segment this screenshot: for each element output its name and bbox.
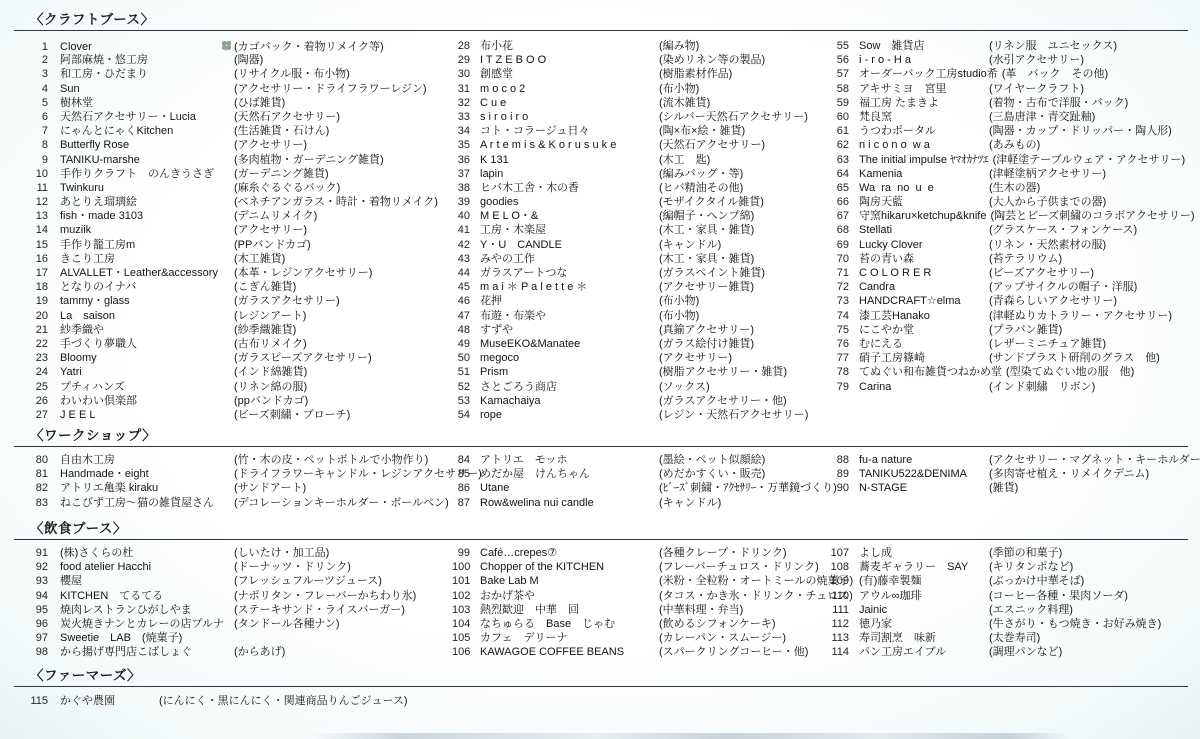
booth-row: 104なちゅらる Base じゃむ(飲めるシフォンケーキ) <box>452 617 853 631</box>
booth-row: 102おかげ茶や(タコス・かき氷・ドリンク・チュロス) <box>452 589 853 603</box>
booth-name: 梵良窯 <box>859 110 989 124</box>
booth-description: (墨絵・ペット似顔絵) <box>659 453 765 467</box>
booth-number: 114 <box>829 645 849 659</box>
booth-column: 80自由木工房(竹・木の皮・ペットボトルで小物作り)81Handmade・eig… <box>28 453 482 510</box>
booth-row: 47布遊・布楽や(布小物) <box>452 309 808 323</box>
booth-row: 81Handmade・eight(ドライフラワーキャンドル・レジンアクセサリー) <box>28 467 482 481</box>
section-title-craft: 〈クラフトブース〉 <box>30 8 155 28</box>
booth-name: Twinkuru <box>60 181 234 195</box>
booth-row: 12あとりえ瑠璃絵(ベネチアンガラス・時計・着物リメイク) <box>28 195 438 209</box>
booth-name: うつわポータル <box>859 124 989 138</box>
booth-row: 105カフェ デリーナ(カレーパン・スムージー) <box>452 631 853 645</box>
booth-number: 97 <box>28 631 48 645</box>
booth-number: 112 <box>829 617 849 631</box>
booth-number: 10 <box>28 167 48 181</box>
booth-name: Stellati <box>859 223 989 237</box>
booth-description: (編み物) <box>659 39 699 53</box>
booth-number: 17 <box>28 266 48 280</box>
booth-name: KAWAGOE COFFEE BEANS <box>480 645 659 659</box>
booth-description: (めだかすくい・販売) <box>659 467 765 481</box>
booth-name: オーダーバック工房studio希 <box>859 67 1002 81</box>
booth-row: 110アウル∞珈琲(コーヒー各種・果肉ソーダ) <box>829 589 1161 603</box>
booth-number: 55 <box>829 39 849 53</box>
booth-name: Kamenia <box>859 167 989 181</box>
booth-row: 33s i r o i r o(シルバー天然石アクセサリー) <box>452 110 808 124</box>
booth-number: 37 <box>452 167 470 181</box>
booth-row: 114パン工房エイブル(調理パンなど) <box>829 645 1161 659</box>
booth-number: 7 <box>28 124 48 138</box>
booth-row: 13fish・made 3103(デニムリメイク) <box>28 209 438 223</box>
booth-name: J E E L <box>60 408 234 422</box>
booth-number: 89 <box>829 467 849 481</box>
booth-number: 85 <box>452 467 470 481</box>
booth-name: むにえる <box>859 337 989 351</box>
booth-name: 寿司割烹 味新 <box>859 631 989 645</box>
booth-row: 43みやの工作(木工・家具・雑貨) <box>452 252 808 266</box>
booth-number: 44 <box>452 266 470 280</box>
booth-number: 82 <box>28 481 48 495</box>
booth-number: 75 <box>829 323 849 337</box>
booth-name: The initial impulse ﾔﾏｵｶﾅﾂｴ <box>859 153 993 167</box>
booth-row: 82アトリエ亀楽 kiraku(サンドアート) <box>28 481 482 495</box>
booth-name: Prism <box>480 365 659 379</box>
booth-number: 66 <box>829 195 849 209</box>
booth-name: なちゅらる Base じゃむ <box>480 617 659 631</box>
booth-number: 100 <box>452 560 470 574</box>
booth-description: (木工・家具・雑貨) <box>659 223 754 237</box>
booth-number: 102 <box>452 589 470 603</box>
booth-description: (サンドブラスト研削のグラス 他) <box>989 351 1160 365</box>
booth-name: M E L O・& <box>480 209 659 223</box>
booth-name: から揚げ専門店こばしょぐ <box>60 645 234 659</box>
booth-description: (アクセサリー・ドライフラワーレジン) <box>234 82 427 96</box>
booth-description: (竹・木の皮・ペットボトルで小物作り) <box>234 453 428 467</box>
booth-name: ねこびず工房〜猫の雑貨屋さん <box>60 496 234 510</box>
booth-description: (布小物) <box>659 82 699 96</box>
booth-number: 101 <box>452 574 470 588</box>
booth-name: となりのイナバ <box>60 280 234 294</box>
booth-number: 106 <box>452 645 470 659</box>
booth-description: (コーヒー各種・果肉ソーダ) <box>989 589 1128 603</box>
booth-name: s i r o i r o <box>480 110 659 124</box>
booth-name: おかげ茶や <box>480 589 659 603</box>
booth-number: 64 <box>829 167 849 181</box>
booth-description: (レジン・天然石アクセサリー) <box>659 408 808 422</box>
booth-description: (プラバン雑貨) <box>989 323 1062 337</box>
booth-number: 70 <box>829 252 849 266</box>
booth-number: 6 <box>28 110 48 124</box>
booth-number: 35 <box>452 138 470 152</box>
booth-number: 79 <box>829 380 849 394</box>
booth-description: (アクセサリー雑貨) <box>659 280 754 294</box>
booth-row: 99Café…crepes⑦(各種クレープ・ドリンク) <box>452 546 853 560</box>
booth-description: (ガラスアクセサリー・他) <box>659 394 787 408</box>
booth-name: (株)さくらの杜 <box>60 546 234 560</box>
booth-name: Sow 雑貨店 <box>859 39 989 53</box>
booth-description: (アクセサリー・マグネット・キーホルダー) <box>989 453 1200 467</box>
booth-description: (古布リメイク) <box>234 337 307 351</box>
booth-number: 111 <box>829 603 849 617</box>
booth-description: (リネン・天然素材の服) <box>989 238 1106 252</box>
booth-number: 22 <box>28 337 48 351</box>
booth-description: (津軽塗柄アクセサリー) <box>989 167 1106 181</box>
booth-row: 60梵良窯(三島唐津・青交趾釉) <box>829 110 1195 124</box>
booth-name: Carina <box>859 380 989 394</box>
booth-row: 51Prism(樹脂アクセサリー・雑貨) <box>452 365 808 379</box>
booth-number: 104 <box>452 617 470 631</box>
booth-name: すずや <box>480 323 659 337</box>
booth-name: Butterfly Rose <box>60 138 234 152</box>
booth-description: (樹脂素材作品) <box>659 67 732 81</box>
booth-description: (水引アクセサリー) <box>989 53 1084 67</box>
booth-number: 18 <box>28 280 48 294</box>
booth-description: (ﾋﾞｰｽﾞ刺繍・ｱｸｾｻﾘｰ・万華鏡づくり) <box>659 481 837 495</box>
booth-description: (ビーズ刺繍・ブローチ) <box>234 408 350 422</box>
booth-number: 78 <box>829 365 849 379</box>
booth-description: (リサイクル服・布小物) <box>234 67 350 81</box>
booth-row: 59福工房 たまきよ(着物・古布で洋服・バック) <box>829 96 1195 110</box>
booth-row: 96炭火焼きナンとカレーの店プルナ(タンドール各種ナン) <box>28 617 416 631</box>
booth-row: 83ねこびず工房〜猫の雑貨屋さん(デコレーションキーホルダー・ボールペン) <box>28 496 482 510</box>
booth-name: TANIKU522&DENIMA <box>859 467 989 481</box>
booth-number: 43 <box>452 252 470 266</box>
booth-description: (津軽ぬりカトラリー・アクセサリー) <box>989 309 1172 323</box>
booth-description: (ぶっかけ中華そば) <box>989 574 1084 588</box>
booth-row: 48すずや(真鍮アクセサリー) <box>452 323 808 337</box>
booth-number: 65 <box>829 181 849 195</box>
booth-name: Jainic <box>859 603 989 617</box>
booth-name: HANDCRAFT☆elma <box>859 294 989 308</box>
booth-name: アウル∞珈琲 <box>859 589 989 603</box>
booth-number: 48 <box>452 323 470 337</box>
booth-number: 87 <box>452 496 470 510</box>
booth-description: (スパークリングコーヒー・他) <box>659 645 808 659</box>
booth-row: 31m o c o 2(布小物) <box>452 82 808 96</box>
booth-row: 97Sweetie LAB (焼菓子) <box>28 631 416 645</box>
booth-name: Handmade・eight <box>60 467 234 481</box>
booth-number: 59 <box>829 96 849 110</box>
booth-description: (陶器・カップ・ドリッパー・陶人形) <box>989 124 1172 138</box>
booth-name: めだか屋 けんちゃん <box>480 467 659 481</box>
vendor-list-page: 〈クラフトブース〉 1Clover(カゴバック・着物リメイク等)2阿部麻焼・悠工… <box>0 0 1200 739</box>
booth-name: Café…crepes⑦ <box>480 546 659 560</box>
booth-description: (雑貨) <box>989 481 1018 495</box>
booth-number: 38 <box>452 181 470 195</box>
booth-name: 布小花 <box>480 39 659 53</box>
booth-name: KITCHEN てるてる <box>60 589 234 603</box>
booth-description: (陶器) <box>234 53 263 67</box>
booth-description: (木工 匙) <box>659 153 710 167</box>
booth-column: 91(株)さくらの杜(しいたけ・加工品)92food atelier Hacch… <box>28 546 416 660</box>
booth-row: 35A r t e m i s & K o r u s u k e(天然石アクセ… <box>452 138 808 152</box>
booth-description: (アップサイクルの帽子・洋服) <box>989 280 1137 294</box>
booth-name: てぬぐい和布雑貨つねかめ堂 <box>859 365 1006 379</box>
booth-row: 21紗季織や(紗季織雑貨) <box>28 323 438 337</box>
booth-description: (三島唐津・青交趾釉) <box>989 110 1095 124</box>
booth-row: 67守窯hikaru×ketchup&knife(陶芸とビーズ刺繍のコラボアクセ… <box>829 209 1195 223</box>
booth-row: 62n i c o n o w a(あみもの) <box>829 138 1195 152</box>
booth-row: 90N-STAGE(雑貨) <box>829 481 1200 495</box>
booth-number: 99 <box>452 546 470 560</box>
booth-name: Candra <box>859 280 989 294</box>
booth-row: 70苔の青い森(苔テラリウム) <box>829 252 1195 266</box>
booth-description: (レジンアート) <box>234 309 306 323</box>
booth-name: fu-a nature <box>859 453 989 467</box>
booth-name: 阿部麻焼・悠工房 <box>60 53 234 67</box>
booth-name: goodies <box>480 195 659 209</box>
booth-name: 炭火焼きナンとカレーの店プルナ <box>60 617 234 631</box>
booth-row: 77硝子工房篠崎(サンドブラスト研削のグラス 他) <box>829 351 1195 365</box>
booth-name: 福工房 たまきよ <box>859 96 989 110</box>
booth-description: (インド刺繍 リボン) <box>989 380 1095 394</box>
booth-row: 58アキサミヨ 宮里(ワイヤークラフト) <box>829 82 1195 96</box>
booth-description: (タンドール各種ナン) <box>234 617 340 631</box>
booth-description: (エスニック料理) <box>989 603 1073 617</box>
booth-number: 103 <box>452 603 470 617</box>
booth-description: (ドライフラワーキャンドル・レジンアクセサリー) <box>234 467 482 481</box>
booth-number: 107 <box>829 546 849 560</box>
booth-name: N-STAGE <box>859 481 989 495</box>
booth-row: 37lapin(編みバッグ・等) <box>452 167 808 181</box>
booth-name: 樹林堂 <box>60 96 234 110</box>
booth-name: アトリエ亀楽 kiraku <box>60 481 234 495</box>
booth-description: (にんにく・黒にんにく・関連商品りんごジュース) <box>159 694 408 708</box>
booth-row: 80自由木工房(竹・木の皮・ペットボトルで小物作り) <box>28 453 482 467</box>
booth-row: 36K 131(木工 匙) <box>452 153 808 167</box>
booth-description: (染めリネン等の製品) <box>659 53 765 67</box>
booth-description: (フレーバーチュロス・ドリンク) <box>659 560 819 574</box>
booth-number: 105 <box>452 631 470 645</box>
booth-description: (季節の和菓子) <box>989 546 1062 560</box>
booth-row: 65Wa ra no u e(生木の器) <box>829 181 1195 195</box>
booth-row: 7にゃんとにゃくKitchen(生活雑貨・石けん) <box>28 124 438 138</box>
booth-row: 1Clover(カゴバック・着物リメイク等) <box>28 39 438 53</box>
booth-description: (ソックス) <box>659 380 710 394</box>
booth-row: 39goodies(モザイクタイル雑貨) <box>452 195 808 209</box>
booth-name: muziik <box>60 223 234 237</box>
booth-number: 67 <box>829 209 849 223</box>
booth-number: 5 <box>28 96 48 110</box>
booth-description: (陶×布×絵・雑貨) <box>659 124 745 138</box>
booth-description: (グラスケース・フォンケース) <box>989 223 1137 237</box>
booth-number: 16 <box>28 252 48 266</box>
booth-row: 103熱烈歓迎 中華 回(中華料理・弁当) <box>452 603 853 617</box>
booth-row: 30創感堂(樹脂素材作品) <box>452 67 808 81</box>
booth-description: (キリタンポなど) <box>989 560 1073 574</box>
booth-name: megoco <box>480 351 659 365</box>
booth-row: 75にこやか堂(プラバン雑貨) <box>829 323 1195 337</box>
booth-name: lapin <box>480 167 659 181</box>
booth-row: 15手作り籠工房m(PPバンドカゴ) <box>28 238 438 252</box>
booth-row: 109(有)藤幸製麺(ぶっかけ中華そば) <box>829 574 1161 588</box>
booth-description: (紗季織雑貨) <box>234 323 296 337</box>
booth-name: (有)藤幸製麺 <box>859 574 989 588</box>
booth-column: 55Sow 雑貨店(リネン服 ユニセックス)56i - r o - H a(水引… <box>829 39 1195 394</box>
booth-description: (ビーズアクセサリー) <box>989 266 1094 280</box>
booth-number: 34 <box>452 124 470 138</box>
booth-name: Wa ra no u e <box>859 181 989 195</box>
booth-row: 2阿部麻焼・悠工房(陶器) <box>28 53 438 67</box>
booth-number: 62 <box>829 138 849 152</box>
booth-row: 79Carina(インド刺繍 リボン) <box>829 380 1195 394</box>
booth-name: 苔の青い森 <box>859 252 989 266</box>
booth-number: 81 <box>28 467 48 481</box>
booth-number: 26 <box>28 394 48 408</box>
booth-description: (米粉・全粒粉・オートミールの焼菓子) <box>659 574 853 588</box>
booth-description: (大人から子供までの器) <box>989 195 1106 209</box>
booth-row: 111Jainic(エスニック料理) <box>829 603 1161 617</box>
booth-row: 38ヒバ木工舎・木の香(ヒバ精油その他) <box>452 181 808 195</box>
booth-description: (天然石アクセサリー) <box>234 110 340 124</box>
booth-row: 91(株)さくらの杜(しいたけ・加工品) <box>28 546 416 560</box>
booth-description: (生活雑貨・石けん) <box>234 124 329 138</box>
booth-row: 55Sow 雑貨店(リネン服 ユニセックス) <box>829 39 1195 53</box>
booth-name: La saison <box>60 309 234 323</box>
booth-number: 58 <box>829 82 849 96</box>
booth-number: 61 <box>829 124 849 138</box>
booth-column: 115かぐや農園(にんにく・黒にんにく・関連商品りんごジュース) <box>28 694 408 708</box>
booth-number: 15 <box>28 238 48 252</box>
booth-description: (フレッシュフルーツジュース) <box>234 574 382 588</box>
booth-row: 53Kamachaiya(ガラスアクセサリー・他) <box>452 394 808 408</box>
booth-number: 13 <box>28 209 48 223</box>
booth-name: 陶房天藍 <box>859 195 989 209</box>
booth-name: Y・U CANDLE <box>480 238 659 252</box>
booth-description: (カゴバック・着物リメイク等) <box>234 40 384 54</box>
booth-number: 69 <box>829 238 849 252</box>
booth-row: 40M E L O・&(編帽子・ヘンプ綿) <box>452 209 808 223</box>
booth-row: 4Sun(アクセサリー・ドライフラワーレジン) <box>28 82 438 96</box>
booth-name: あとりえ瑠璃絵 <box>60 195 234 209</box>
booth-column: 84アトリエ モッホ(墨絵・ペット似顔絵)85めだか屋 けんちゃん(めだかすくい… <box>452 453 837 510</box>
booth-row: 78てぬぐい和布雑貨つねかめ堂(型染てぬぐい地の服 他) <box>829 365 1195 379</box>
booth-description: (津軽塗テーブルウェア・アクセサリー) <box>993 153 1186 167</box>
section-title-food: 〈飲食ブース〉 <box>30 517 127 537</box>
booth-row: 61うつわポータル(陶器・カップ・ドリッパー・陶人形) <box>829 124 1195 138</box>
booth-number: 21 <box>28 323 48 337</box>
booth-number: 2 <box>28 53 48 67</box>
booth-number: 80 <box>28 453 48 467</box>
booth-row: 88fu-a nature(アクセサリー・マグネット・キーホルダー) <box>829 453 1200 467</box>
booth-row: 66陶房天藍(大人から子供までの器) <box>829 195 1195 209</box>
booth-number: 57 <box>829 67 849 81</box>
booth-column: 28布小花(編み物)29I T Z E B O O(染めリネン等の製品)30創感… <box>452 39 808 422</box>
booth-number: 93 <box>28 574 48 588</box>
booth-name: さとごろう商店 <box>480 380 659 394</box>
booth-number: 52 <box>452 380 470 394</box>
booth-number: 54 <box>452 408 470 422</box>
booth-name: ヒバ木工舎・木の香 <box>480 181 659 195</box>
booth-row: 72Candra(アップサイクルの帽子・洋服) <box>829 280 1195 294</box>
booth-row: 92food atelier Hacchi(ドーナッツ・ドリンク) <box>28 560 416 574</box>
booth-name: 櫻屋 <box>60 574 234 588</box>
booth-column: 107よし成(季節の和菓子)108蕎麦ギャラリー SAY(キリタンポなど)109… <box>829 546 1161 660</box>
section-divider-workshop <box>14 446 1188 447</box>
booth-description: (しいたけ・加工品) <box>234 546 329 560</box>
booth-row: 25プチィハンズ(リネン綿の服) <box>28 380 438 394</box>
booth-name: Sweetie LAB (焼菓子) <box>60 631 234 645</box>
booth-description: (レザーミニチュア雑貨) <box>989 337 1106 351</box>
booth-description: (キャンドル) <box>659 496 721 510</box>
booth-row: 108蕎麦ギャラリー SAY(キリタンポなど) <box>829 560 1161 574</box>
booth-description: (布小物) <box>659 309 699 323</box>
booth-name: Chopper of the KITCHEN <box>480 560 659 574</box>
booth-name: 和工房・ひだまり <box>60 67 234 81</box>
booth-name: A r t e m i s & K o r u s u k e <box>480 138 659 152</box>
booth-number: 19 <box>28 294 48 308</box>
booth-description: (シルバー天然石アクセサリー) <box>659 110 808 124</box>
booth-column: 1Clover(カゴバック・着物リメイク等)2阿部麻焼・悠工房(陶器)3和工房・… <box>28 39 438 422</box>
booth-row: 11Twinkuru(麻糸ぐるぐるバック) <box>28 181 438 195</box>
booth-description: (調理パンなど) <box>989 645 1062 659</box>
booth-row: 6天然石アクセサリー・Lucia(天然石アクセサリー) <box>28 110 438 124</box>
booth-name: アトリエ モッホ <box>480 453 659 467</box>
booth-name: i - r o - H a <box>859 53 989 67</box>
booth-description: (デコレーションキーホルダー・ボールペン) <box>234 496 449 510</box>
booth-number: 30 <box>452 67 470 81</box>
booth-name: わいわい倶楽部 <box>60 394 234 408</box>
booth-name: 手づくり夢職人 <box>60 337 234 351</box>
booth-row: 9TANIKU-marshe(多肉植物・ガーデニング雑貨) <box>28 153 438 167</box>
booth-row: 94KITCHEN てるてる(ナポリタン・フレーバーかちわり氷) <box>28 589 416 603</box>
clover-icon <box>221 40 234 55</box>
booth-row: 98から揚げ専門店こばしょぐ(からあげ) <box>28 645 416 659</box>
booth-row: 27J E E L(ビーズ刺繍・ブローチ) <box>28 408 438 422</box>
booth-name: Bloomy <box>60 351 234 365</box>
booth-name: よし成 <box>859 546 989 560</box>
booth-description: (キャンドル) <box>659 238 721 252</box>
booth-number: 98 <box>28 645 48 659</box>
booth-name: Utane <box>480 481 659 495</box>
booth-row: 57オーダーバック工房studio希(革 バック その他) <box>829 67 1195 81</box>
booth-name: Lucky Clover <box>859 238 989 252</box>
booth-name: コト・コラージュ日々 <box>480 124 659 138</box>
booth-number: 68 <box>829 223 849 237</box>
booth-description: (ガラスペイント雑貨) <box>659 266 765 280</box>
booth-name: tammy・glass <box>60 294 234 308</box>
booth-row: 23Bloomy(ガラスビーズアクセサリー) <box>28 351 438 365</box>
booth-name: food atelier Hacchi <box>60 560 234 574</box>
booth-description: (あみもの) <box>989 138 1040 152</box>
booth-number: 56 <box>829 53 849 67</box>
booth-row: 85めだか屋 けんちゃん(めだかすくい・販売) <box>452 467 837 481</box>
booth-name: m o c o 2 <box>480 82 659 96</box>
booth-name: 創感堂 <box>480 67 659 81</box>
booth-number: 11 <box>28 181 48 195</box>
booth-description: (苔テラリウム) <box>989 252 1062 266</box>
booth-description: (ガラスアクセサリー) <box>234 294 340 308</box>
booth-number: 88 <box>829 453 849 467</box>
booth-row: 95焼肉レストランひがしやま(ステーキサンド・ライスバーガー) <box>28 603 416 617</box>
booth-row: 73HANDCRAFT☆elma(青森らしいアクセサリー) <box>829 294 1195 308</box>
booth-number: 47 <box>452 309 470 323</box>
booth-number: 28 <box>452 39 470 53</box>
booth-row: 19tammy・glass(ガラスアクセサリー) <box>28 294 438 308</box>
booth-name: パン工房エイブル <box>859 645 989 659</box>
booth-name: みやの工作 <box>480 252 659 266</box>
booth-name: n i c o n o w a <box>859 138 989 152</box>
booth-row: 45m a i ＊ P a l e t t e ＊(アクセサリー雑貨) <box>452 280 808 294</box>
booth-name: 手作り籠工房m <box>60 238 234 252</box>
booth-name: TANIKU-marshe <box>60 153 234 167</box>
booth-description: (編みバッグ・等) <box>659 167 743 181</box>
booth-number: 1 <box>28 40 48 54</box>
booth-name: プチィハンズ <box>60 380 234 394</box>
booth-name: 花押 <box>480 294 659 308</box>
booth-description: (ヒバ精油その他) <box>659 181 743 195</box>
booth-description: (ガーデニング雑貨) <box>234 167 329 181</box>
booth-number: 40 <box>452 209 470 223</box>
